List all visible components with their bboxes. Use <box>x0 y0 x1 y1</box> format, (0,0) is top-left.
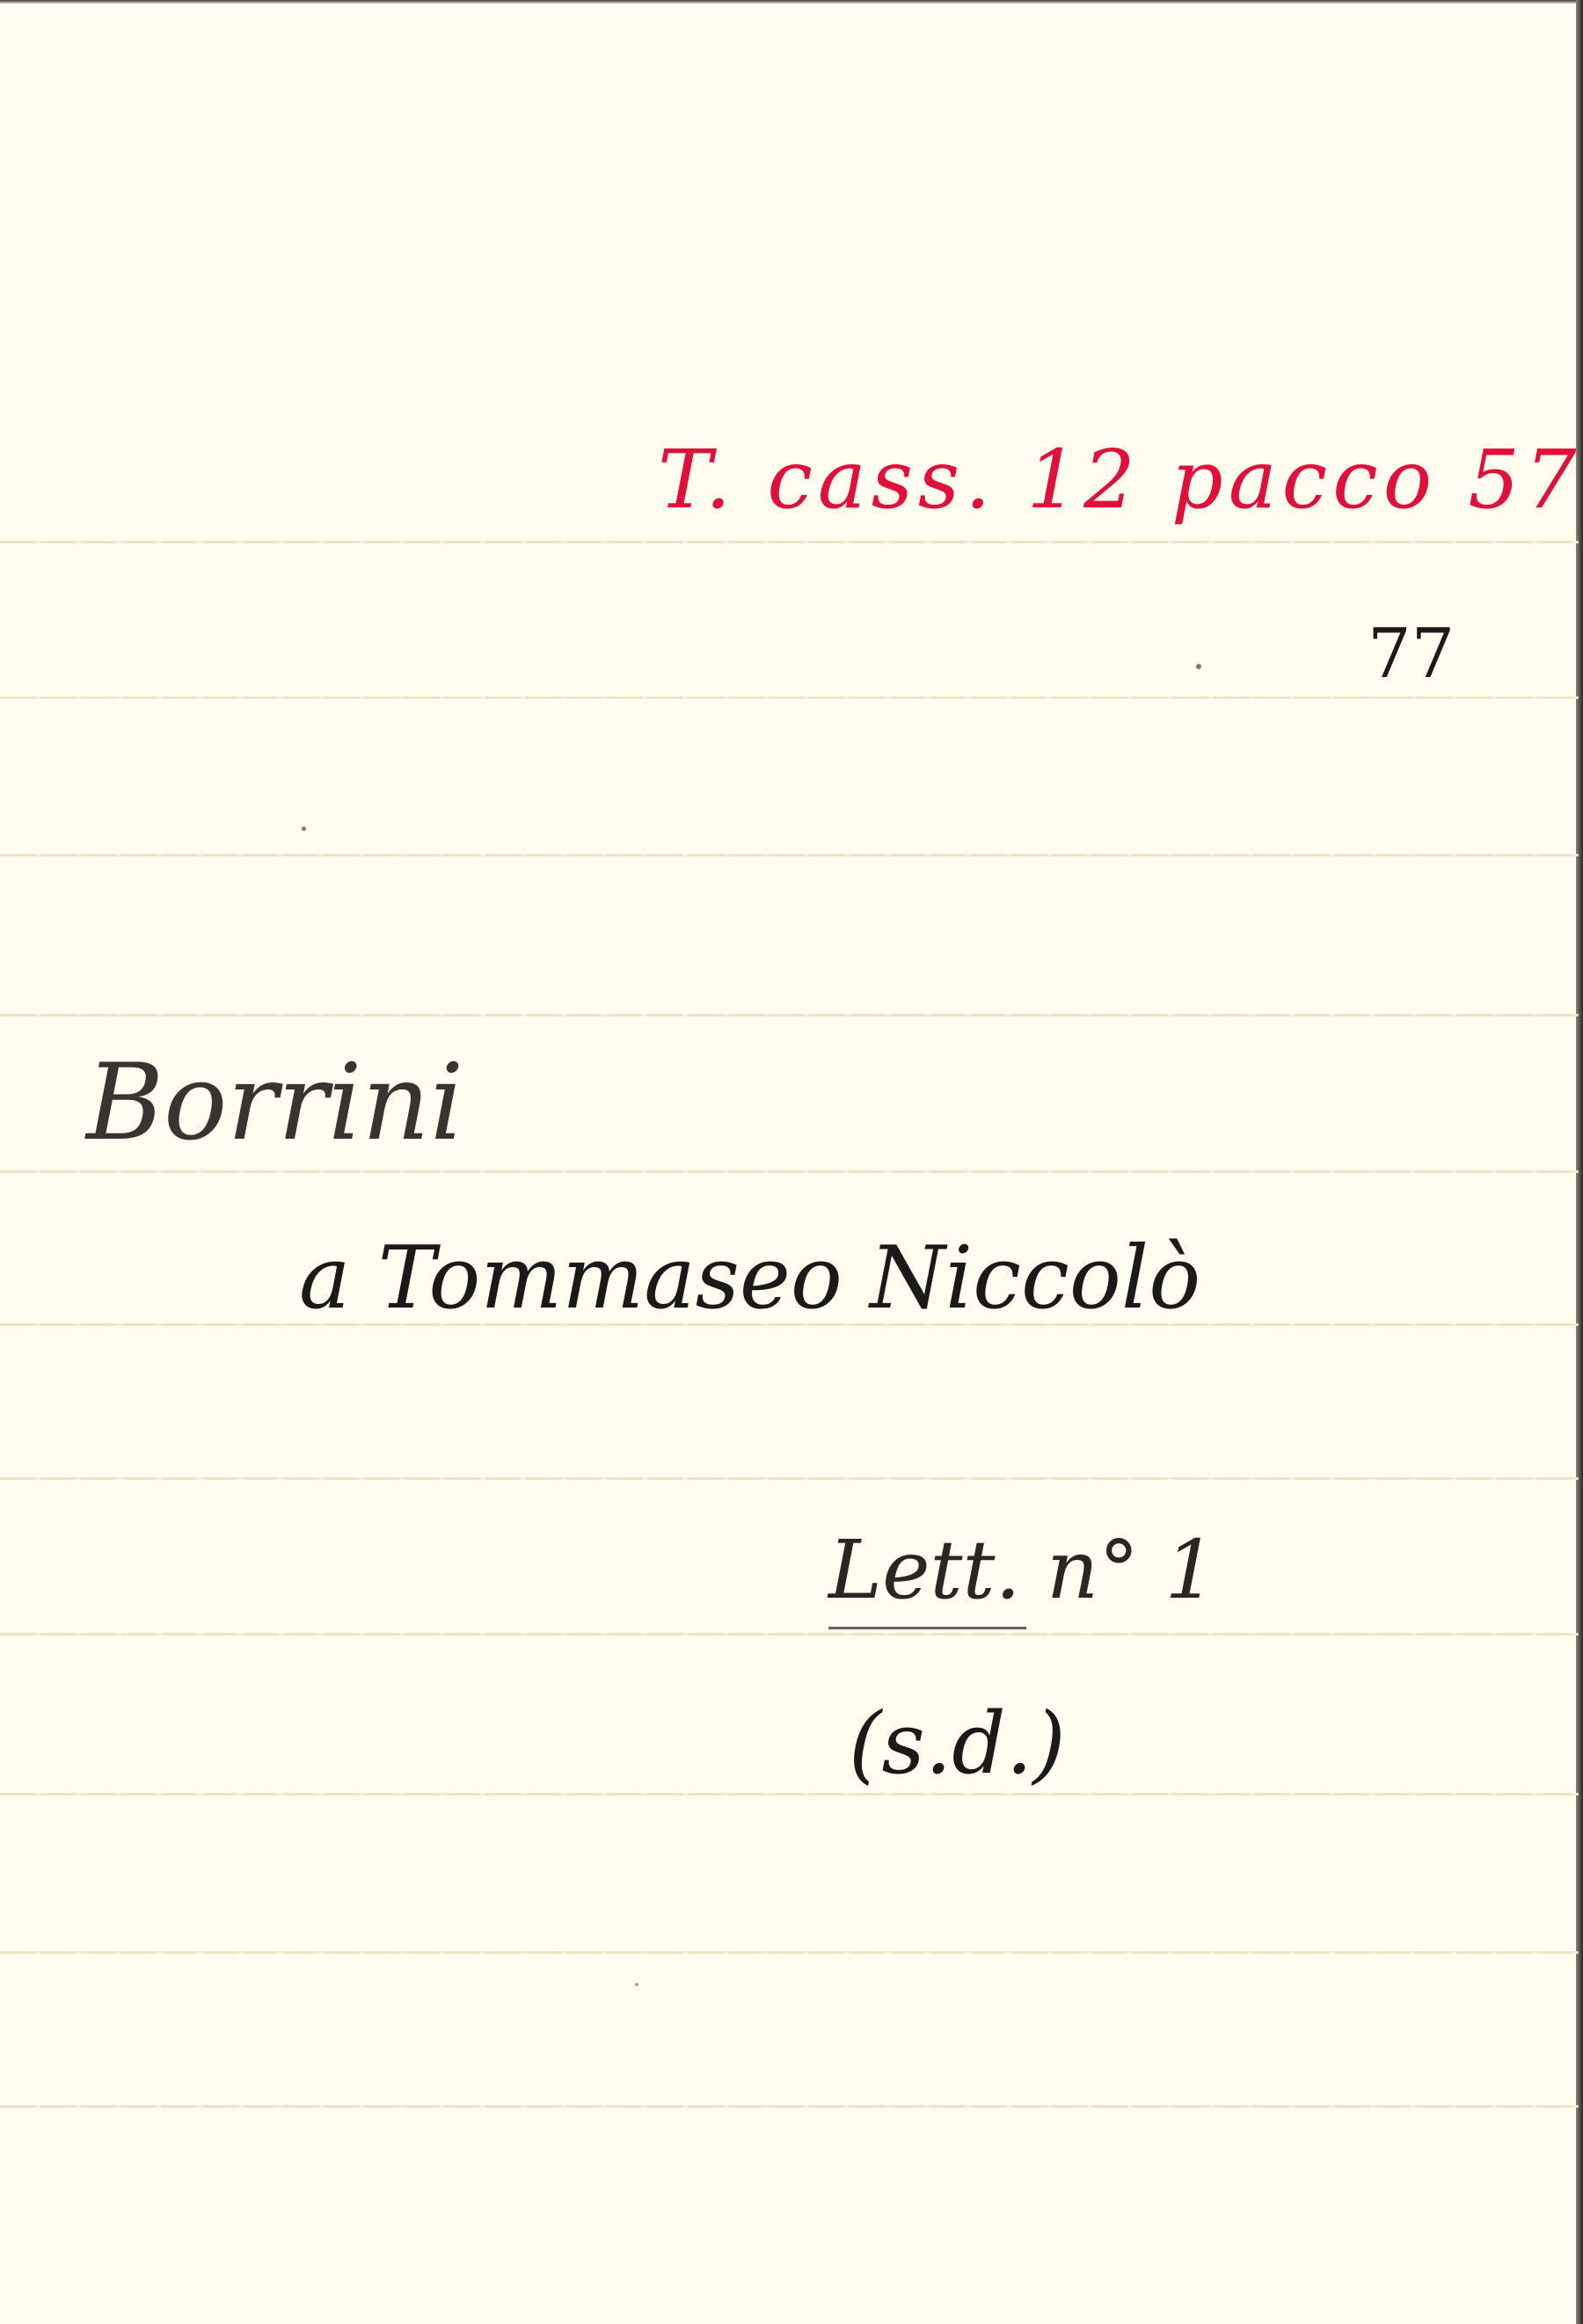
ruled-line <box>0 1793 1579 1796</box>
ink-speck <box>302 827 306 831</box>
letter-count: Lett. n° 1 <box>828 1530 1216 1611</box>
index-card: T. cass. 12 pacco 57. 77 Borrini a Tomma… <box>0 0 1583 2324</box>
ruled-line <box>0 1633 1579 1636</box>
ruled-line <box>0 1951 1579 1954</box>
ink-speck <box>1196 664 1201 669</box>
ruled-line <box>0 854 1579 856</box>
ruled-line <box>0 696 1579 699</box>
ruled-line <box>0 2105 1579 2108</box>
date-note: (s.d.) <box>849 1701 1066 1786</box>
shelfmark: T. cass. 12 pacco 57. <box>658 440 1583 521</box>
ruled-line <box>0 1014 1579 1016</box>
item-number: 77 <box>1368 620 1455 688</box>
card-right-edge-shadow <box>1576 0 1583 2324</box>
recipient-name: a Tommaseo Niccolò <box>299 1235 1200 1322</box>
card-top-edge-shadow <box>0 0 1583 4</box>
author-name: Borrini <box>86 1051 463 1156</box>
ruled-line <box>0 1170 1579 1173</box>
ruled-line <box>0 541 1579 543</box>
ruled-line <box>0 1477 1579 1480</box>
letter-count-underline <box>828 1627 1026 1629</box>
ink-speck <box>635 1983 638 1986</box>
